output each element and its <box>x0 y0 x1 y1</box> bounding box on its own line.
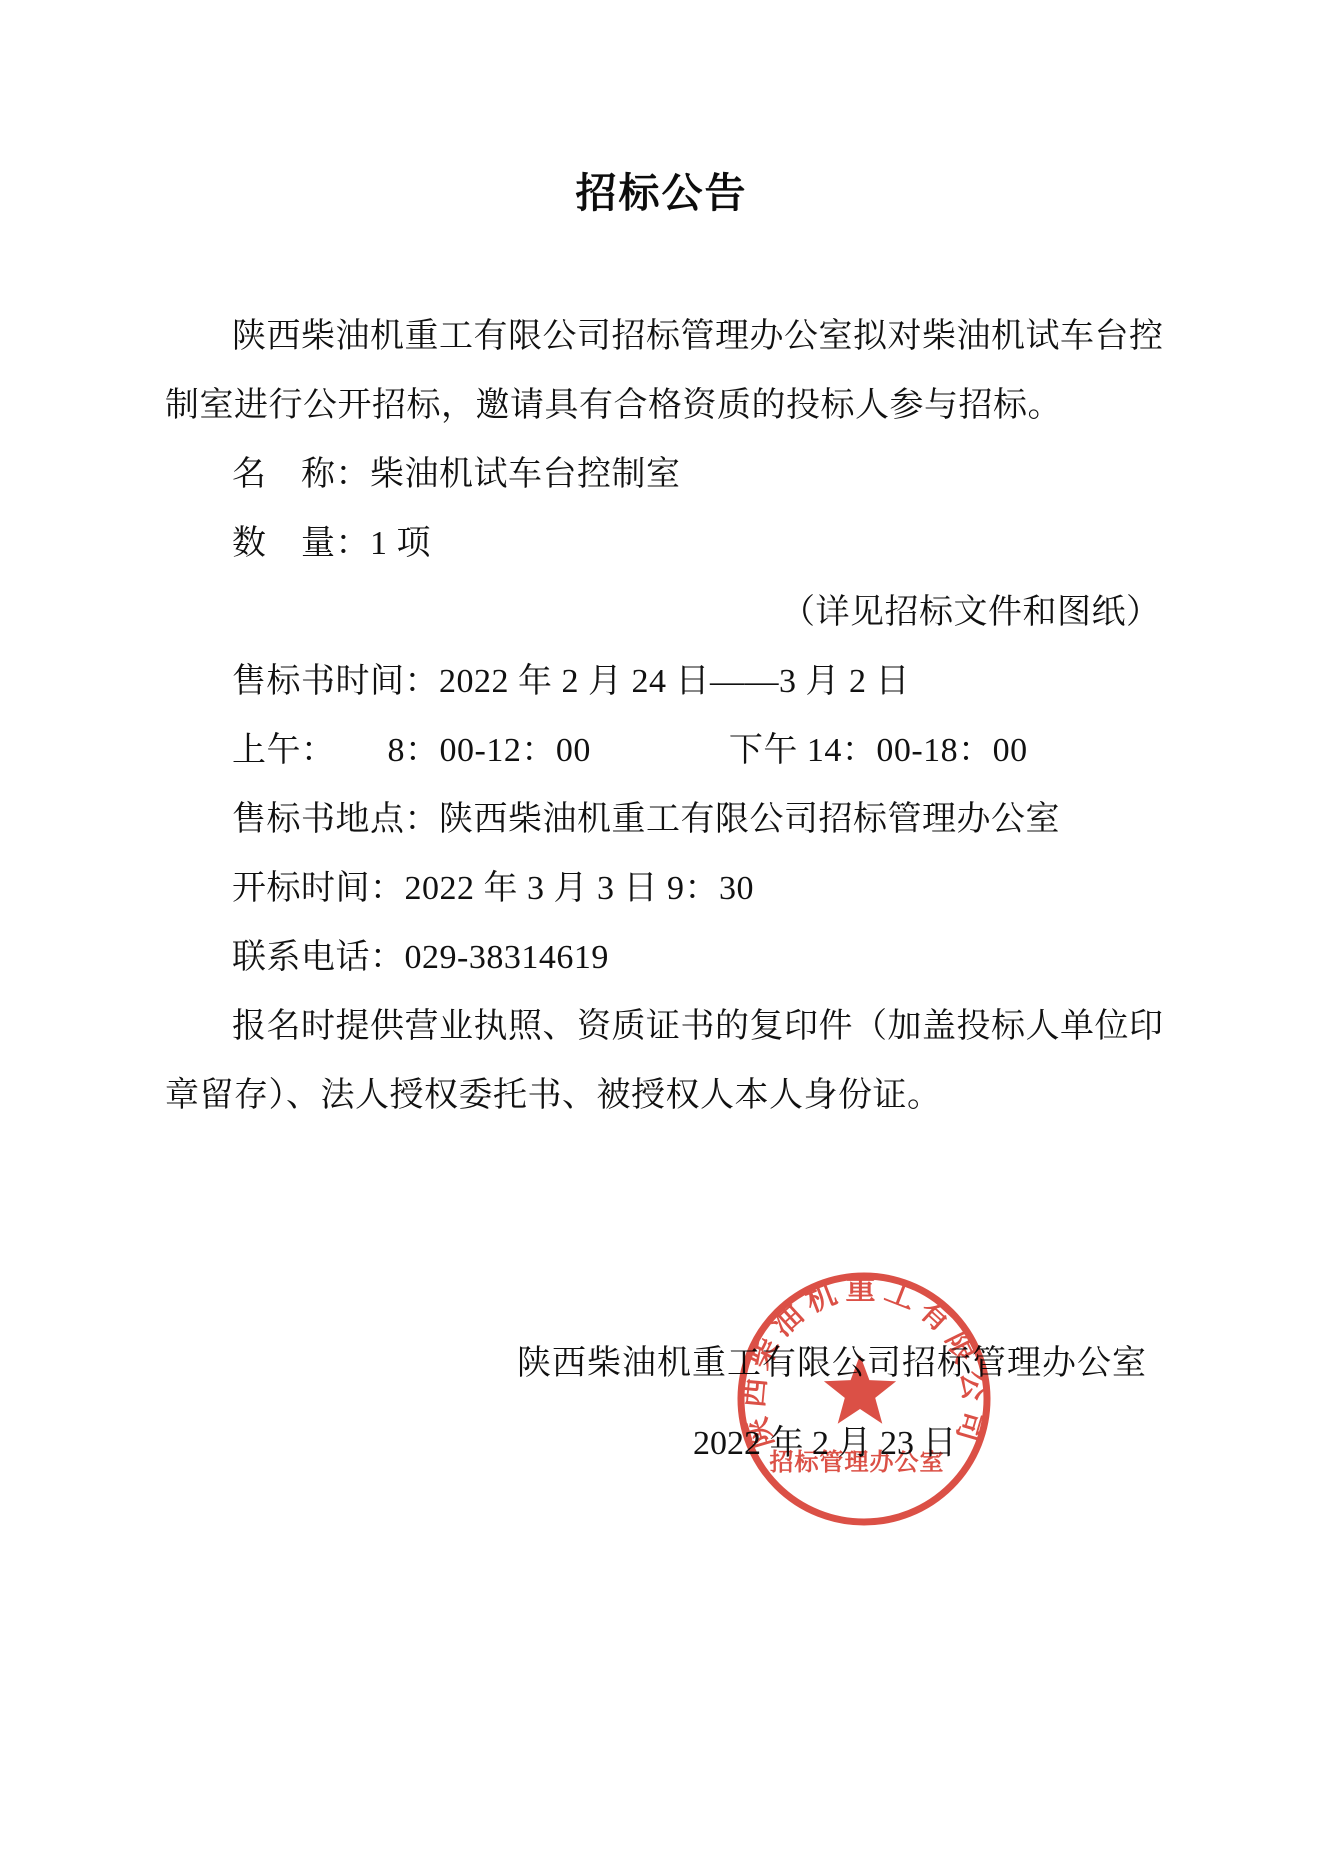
company-seal: 陕西柴油机重工有限公司 招标管理办公室 <box>729 1264 999 1534</box>
document-body: 陕西柴油机重工有限公司招标管理办公室拟对柴油机试车台控 制室进行公开招标，邀请具… <box>165 302 1165 1130</box>
phone-line: 联系电话：029-38314619 <box>165 923 1165 992</box>
document-page: 招标公告 陕西柴油机重工有限公司招标管理办公室拟对柴油机试车台控 制室进行公开招… <box>0 0 1323 1871</box>
register-line-2: 章留存）、法人授权委托书、被授权人本人身份证。 <box>165 1061 1165 1130</box>
item-name-line: 名 称：柴油机试车台控制室 <box>165 440 1165 509</box>
signature-org: 陕西柴油机重工有限公司招标管理办公室 <box>517 1338 1147 1390</box>
sale-time-line: 售标书时间：2022 年 2 月 24 日——3 月 2 日 <box>165 647 1165 716</box>
company-seal-graphic: 陕西柴油机重工有限公司 招标管理办公室 <box>729 1264 999 1534</box>
detail-note-line: （详见招标文件和图纸） <box>165 578 1165 647</box>
intro-line-2: 制室进行公开招标，邀请具有合格资质的投标人参与招标。 <box>165 371 1165 440</box>
item-quantity-line: 数 量：1 项 <box>165 509 1165 578</box>
seal-ring <box>741 1276 987 1522</box>
register-line-1: 报名时提供营业执照、资质证书的复印件（加盖投标人单位印 <box>165 992 1165 1061</box>
page-title: 招标公告 <box>0 160 1323 219</box>
sale-place-line: 售标书地点：陕西柴油机重工有限公司招标管理办公室 <box>165 785 1165 854</box>
intro-line-1: 陕西柴油机重工有限公司招标管理办公室拟对柴油机试车台控 <box>165 302 1165 371</box>
signature-date: 2022 年 2 月 23 日 <box>693 1418 957 1470</box>
sale-hours-line: 上午： 8：00-12：00 下午 14：00-18：00 <box>165 716 1165 785</box>
open-time-line: 开标时间：2022 年 3 月 3 日 9：30 <box>165 854 1165 923</box>
